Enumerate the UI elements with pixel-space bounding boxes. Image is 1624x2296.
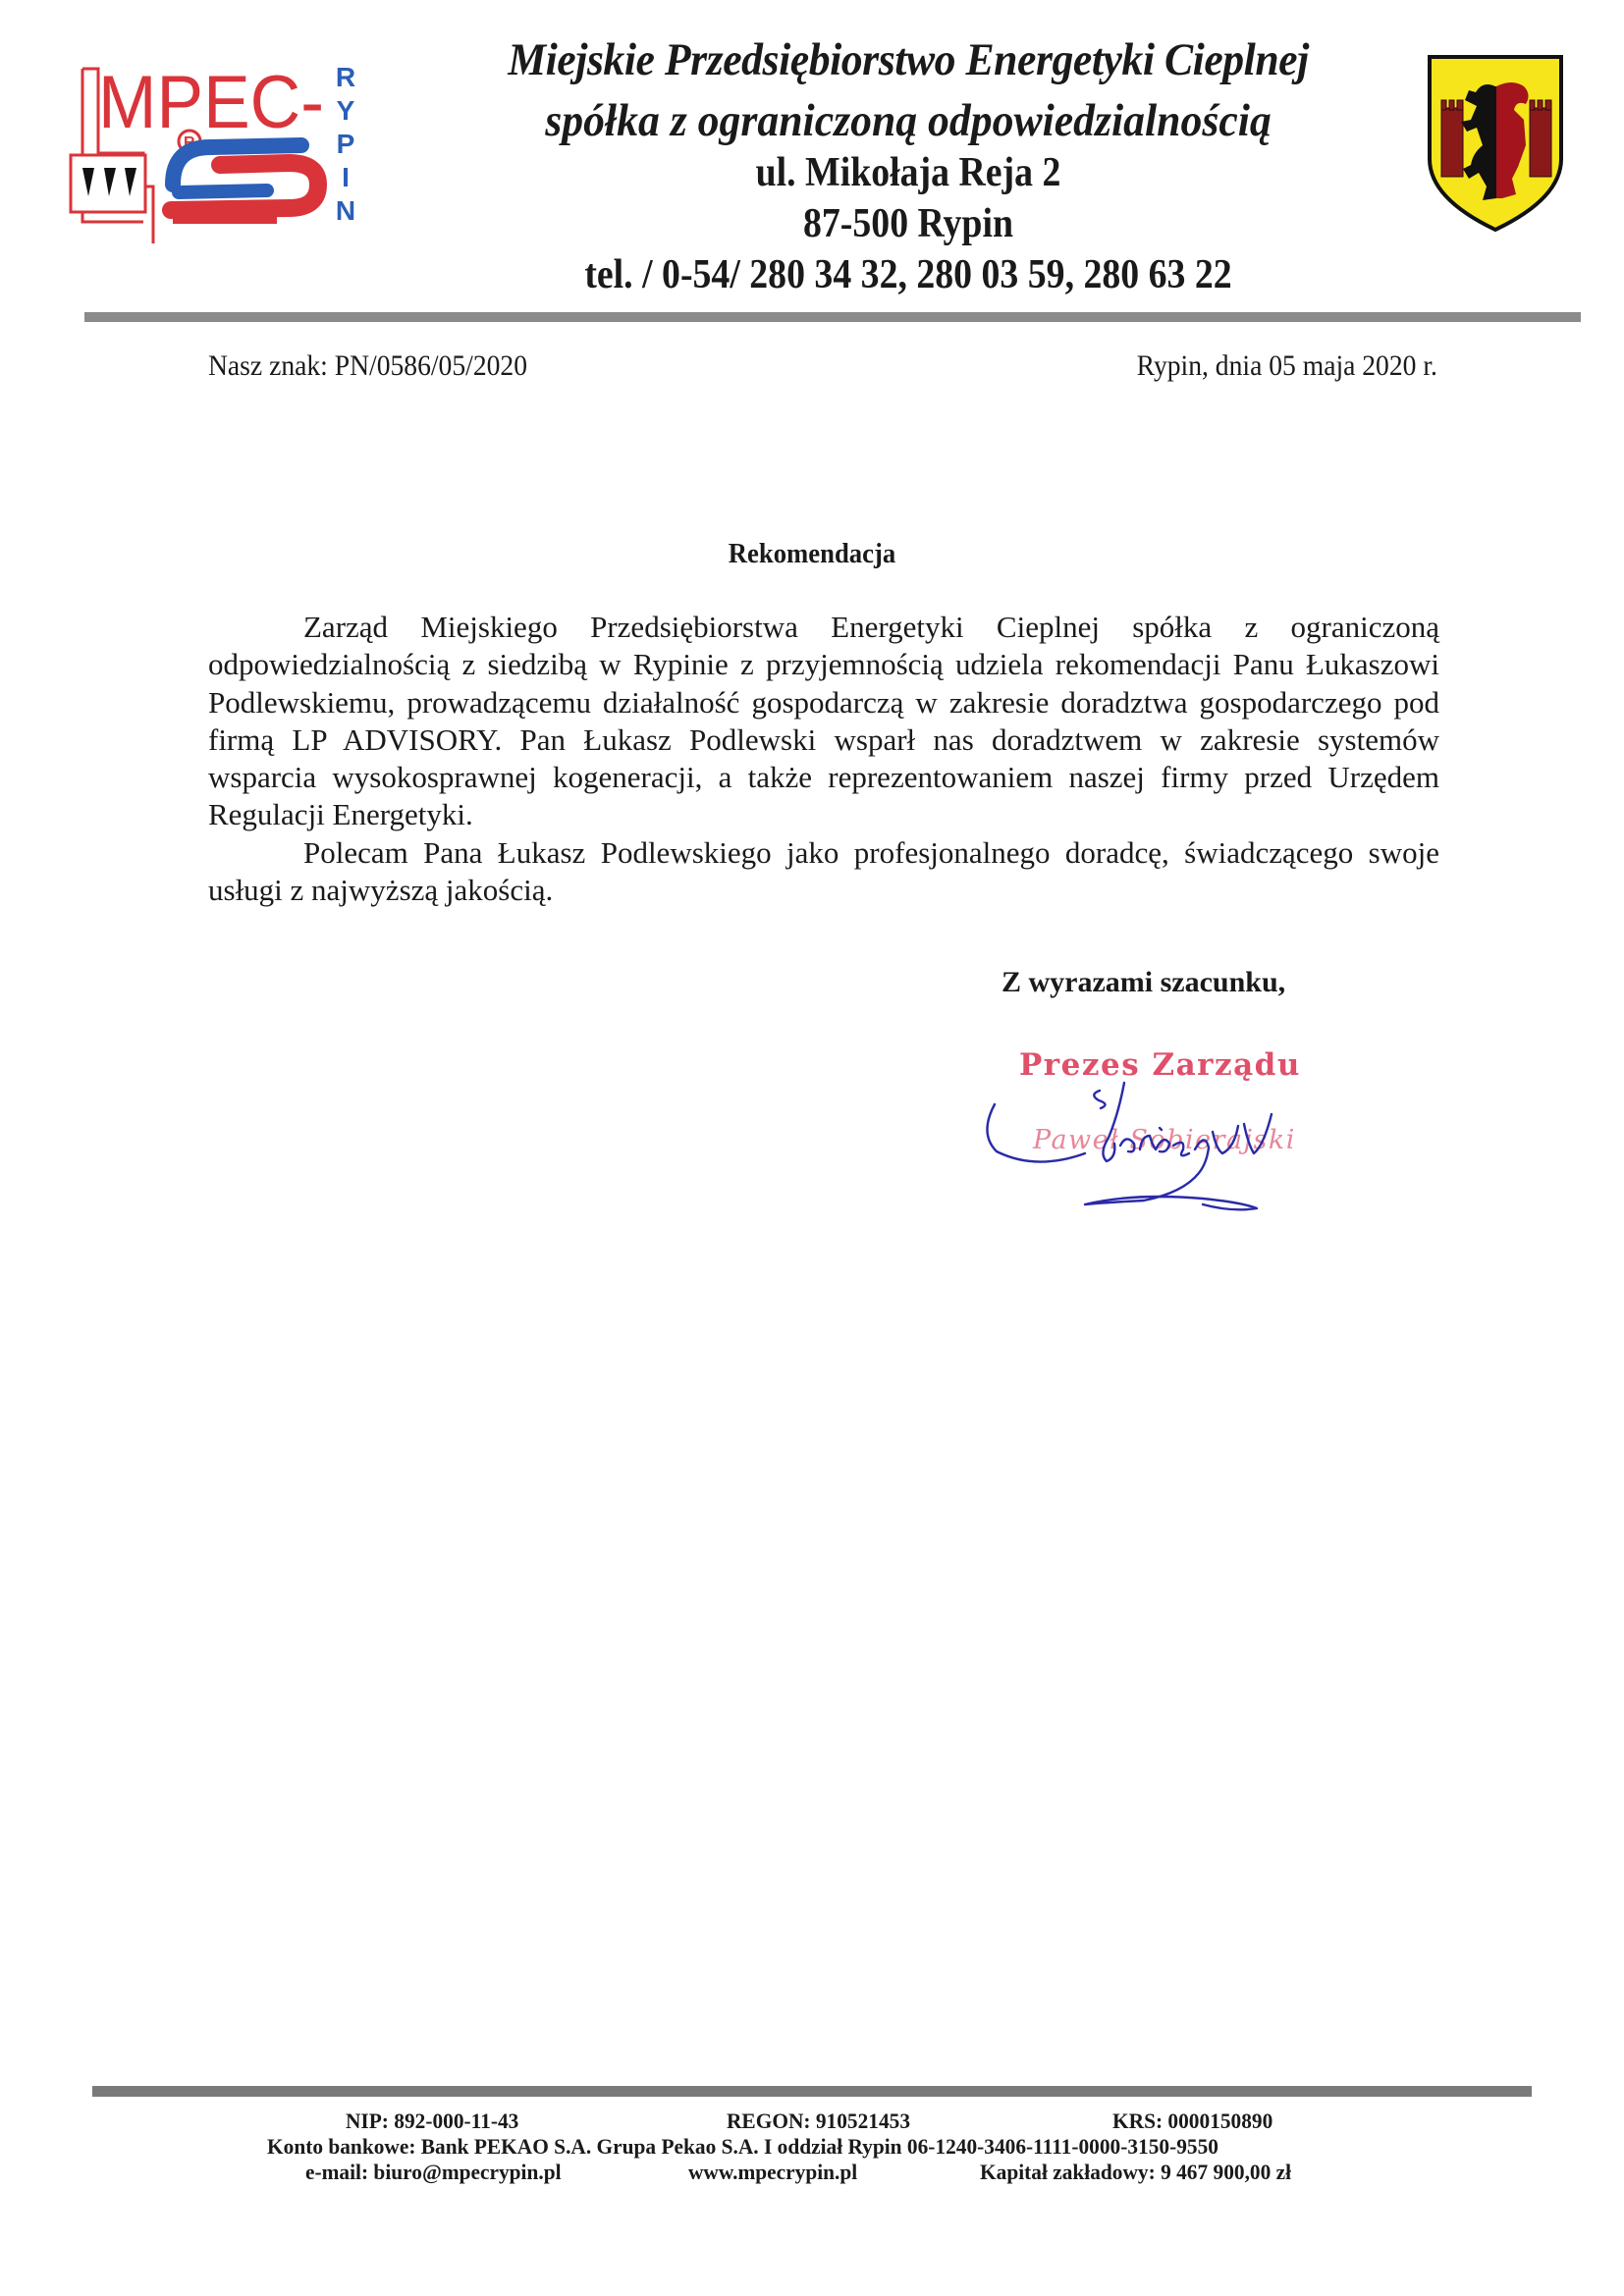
- footer-email[interactable]: e-mail: biuro@mpecrypin.pl: [305, 2160, 562, 2185]
- body-paragraph: Zarząd Miejskiego Przedsiębiorstwa Energ…: [208, 609, 1439, 834]
- place-date: Rypin, dnia 05 maja 2020 r.: [1137, 349, 1437, 383]
- footer-bank-account: Konto bankowe: Bank PEKAO S.A. Grupa Pek…: [267, 2134, 1218, 2160]
- company-city: 87-500 Rypin: [445, 200, 1373, 247]
- footer-nip: NIP: 892-000-11-43: [346, 2109, 518, 2134]
- footer-website[interactable]: www.mpecrypin.pl: [688, 2160, 857, 2185]
- handwritten-signature: [977, 1055, 1301, 1222]
- svg-text:MPEC-: MPEC-: [98, 61, 324, 144]
- letter-body: Zarząd Miejskiego Przedsiębiorstwa Energ…: [208, 609, 1439, 909]
- closing-phrase: Z wyrazami szacunku,: [1001, 966, 1285, 999]
- footer-share-capital: Kapitał zakładowy: 9 467 900,00 zł: [980, 2160, 1291, 2185]
- svg-text:R: R: [336, 62, 355, 92]
- company-name: Miejskie Przedsiębiorstwo Energetyki Cie…: [429, 33, 1388, 86]
- reference-number: Nasz znak: PN/0586/05/2020: [208, 349, 527, 383]
- company-legal-form: spółka z ograniczoną odpowiedzialnością: [429, 94, 1388, 147]
- footer-regon: REGON: 910521453: [727, 2109, 910, 2134]
- company-phone: tel. / 0-54/ 280 34 32, 280 03 59, 280 6…: [445, 251, 1373, 298]
- company-street: ul. Mikołaja Reja 2: [445, 149, 1373, 196]
- footer-divider: [92, 2086, 1532, 2097]
- svg-text:Y: Y: [337, 95, 355, 126]
- city-crest: [1422, 51, 1569, 238]
- svg-text:P: P: [337, 129, 355, 159]
- rypin-coat-of-arms-icon: [1422, 51, 1569, 238]
- body-paragraph: Polecam Pana Łukasz Podlewskiego jako pr…: [208, 834, 1439, 910]
- svg-text:N: N: [336, 195, 355, 226]
- signature-scribble-icon: [977, 1055, 1301, 1222]
- heating-pipes-logo-icon: MPEC- R R Y P I N: [61, 47, 385, 243]
- svg-text:I: I: [342, 162, 350, 192]
- footer-krs: KRS: 0000150890: [1112, 2109, 1272, 2134]
- header-divider: [84, 312, 1581, 322]
- mpec-logo: MPEC- R R Y P I N: [61, 47, 385, 243]
- letter-title: Rekomendacja: [65, 538, 1559, 570]
